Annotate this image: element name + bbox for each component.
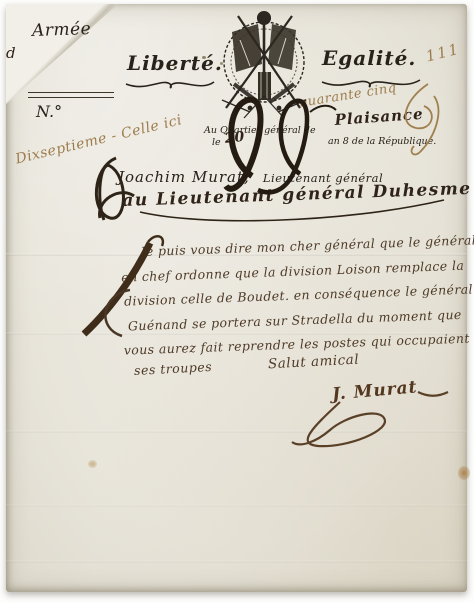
equality-motto: Egalité. <box>322 46 416 70</box>
ink-stain <box>458 466 470 480</box>
horizontal-crease <box>6 504 467 507</box>
printed-name: Joachim Murat, <box>118 168 250 186</box>
margin-mark: d <box>6 44 16 62</box>
liberty-motto: Liberté. <box>127 51 223 75</box>
letter-photo: Armée d Liberté. Egalité. 111 N.° quaran… <box>0 0 474 603</box>
dateline-day: 20 <box>224 129 245 147</box>
dateline-le: le <box>212 137 221 148</box>
army-label: Armée <box>32 19 92 41</box>
foxing-speck <box>88 460 97 468</box>
dateline-suffix: an 8 de la République. <box>328 136 436 147</box>
dateline-prefix: Au Quartier général de <box>204 125 316 136</box>
double-rule <box>28 92 114 98</box>
horizontal-crease <box>6 430 467 433</box>
horizontal-crease <box>6 560 467 563</box>
number-label: N.° <box>36 102 62 121</box>
letter-body: Je puis vous dire mon cher général que l… <box>112 229 474 364</box>
